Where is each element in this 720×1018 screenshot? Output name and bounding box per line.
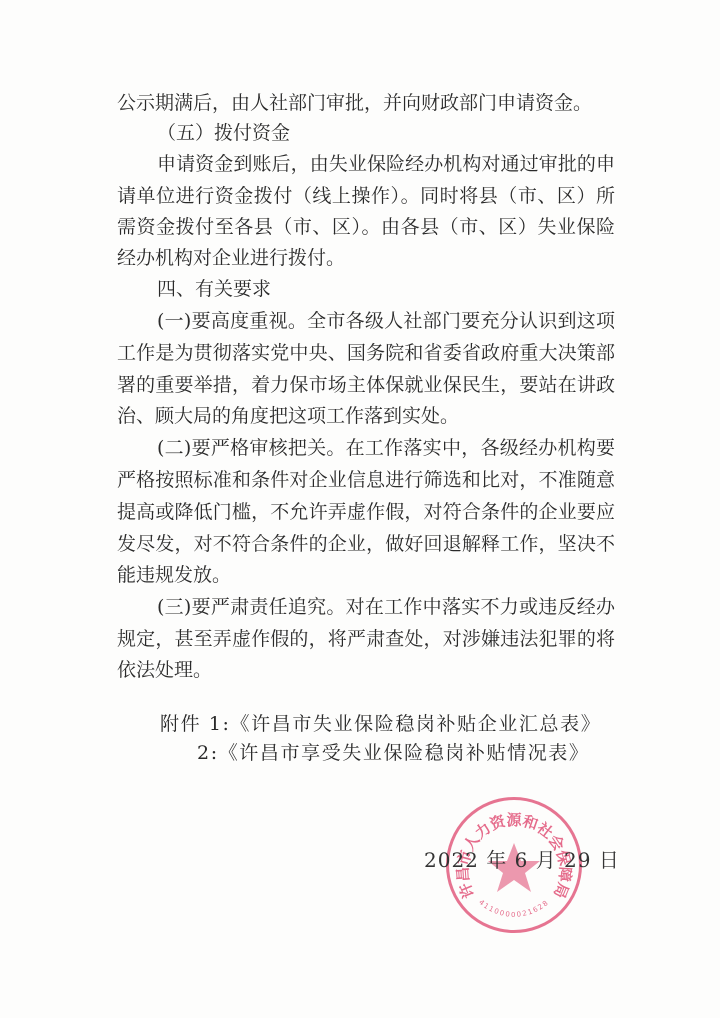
paragraph-line: 需资金拨付至各县（市、区）。由各县（市、区）失业保险 bbox=[117, 212, 615, 242]
paragraph-line: （五）拨付资金 bbox=[157, 118, 615, 148]
paragraph-line: 发尽发，对不符合条件的企业，做好回退解释工作，坚决不 bbox=[117, 529, 615, 559]
paragraph-line: (三)要严肃责任追究。对在工作中落实不力或违反经办 bbox=[157, 592, 615, 622]
paragraph-line: 经办机构对企业进行拨付。 bbox=[117, 243, 615, 273]
svg-text:4110000021628: 4110000021628 bbox=[477, 898, 550, 918]
paragraph-line: 规定，甚至弄虚作假的，将严肃查处，对涉嫌违法犯罪的将 bbox=[117, 624, 615, 654]
paragraph-line: 严格按照标准和条件对企业信息进行筛选和比对，不准随意 bbox=[117, 465, 615, 495]
paragraph-line: 治、顾大局的角度把这项工作落到实处。 bbox=[117, 401, 615, 431]
paragraph-line: (二)要严格审核把关。在工作落实中，各级经办机构要 bbox=[157, 433, 615, 463]
paragraph-line: 申请资金到账后，由失业保险经办机构对通过审批的申 bbox=[157, 149, 615, 179]
annex-2: 2:《许昌市享受失业保险稳岗补贴情况表》 bbox=[197, 738, 590, 768]
paragraph-line: 依法处理。 bbox=[117, 655, 615, 685]
paragraph-line: 请单位进行资金拨付（线上操作）。同时将县（市、区）所 bbox=[117, 181, 615, 211]
document-page: 公示期满后，由人社部门审批，并向财政部门申请资金。（五）拨付资金申请资金到账后，… bbox=[0, 0, 720, 1018]
paragraph-line: 公示期满后，由人社部门审批，并向财政部门申请资金。 bbox=[117, 88, 615, 118]
paragraph-line: 工作是为贯彻落实党中央、国务院和省委省政府重大决策部 bbox=[117, 338, 615, 368]
paragraph-line: (一)要高度重视。全市各级人社部门要充分认识到这项 bbox=[157, 306, 615, 336]
document-date: 2022 年 6 月 29 日 bbox=[424, 845, 620, 875]
paragraph-line: 四、有关要求 bbox=[157, 274, 615, 304]
paragraph-line: 署的重要举措，着力保市场主体保就业保民生，要站在讲政 bbox=[117, 370, 615, 400]
seal-number: 4110000021628 bbox=[477, 898, 550, 918]
paragraph-line: 能违规发放。 bbox=[117, 560, 615, 590]
paragraph-line: 提高或降低门槛，不允许弄虚作假，对符合条件的企业要应 bbox=[117, 497, 615, 527]
annex-1: 附件 1:《许昌市失业保险稳岗补贴企业汇总表》 bbox=[160, 709, 601, 739]
